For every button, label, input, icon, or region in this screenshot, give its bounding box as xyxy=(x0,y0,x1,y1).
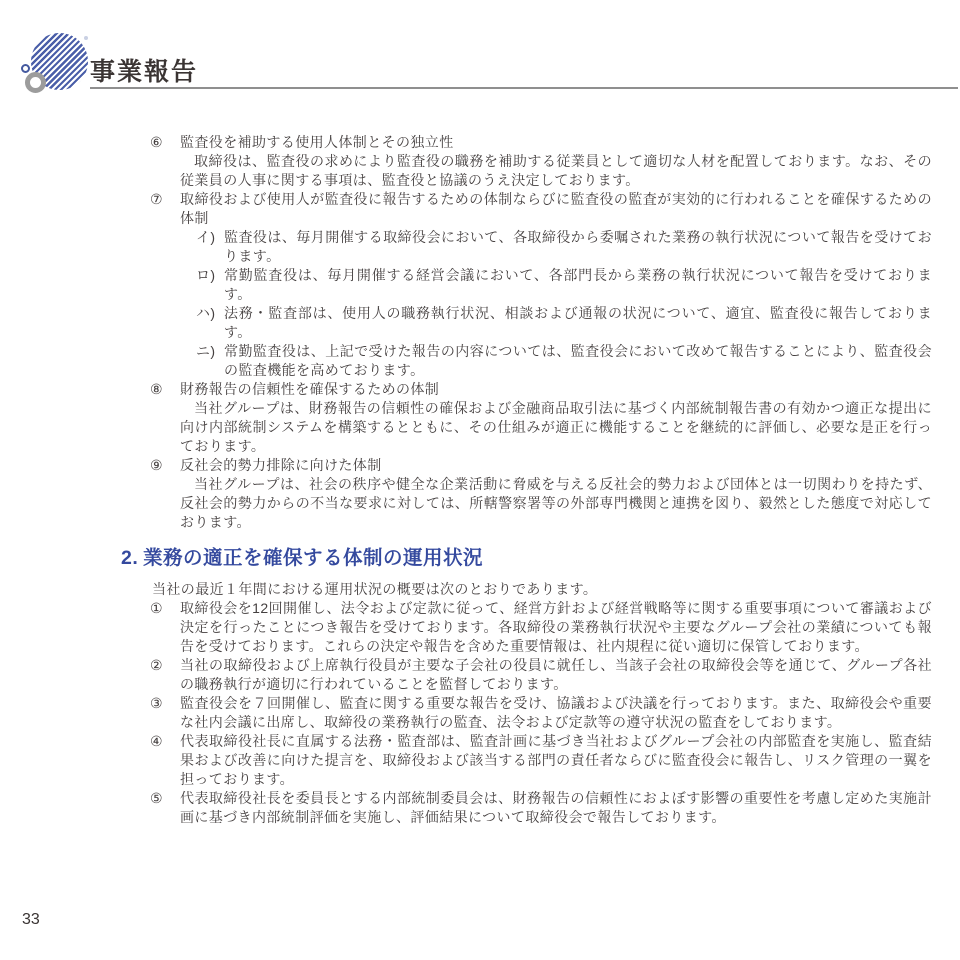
list-item: ④ 代表取締役社長に直属する法務・監査部は、監査計画に基づき当社およびグループ会… xyxy=(150,732,932,789)
item-text: 取締役会を12回開催し、法令および定款に従って、経営方針および経営戦略等に関する… xyxy=(180,599,932,656)
item-marker: ③ xyxy=(150,694,180,732)
page-number: 33 xyxy=(22,911,40,929)
item-paragraph: 取締役は、監査役の求めにより監査役の職務を補助する従業員として適切な人材を配置し… xyxy=(180,152,932,190)
item-marker: ⑦ xyxy=(150,190,180,380)
item-paragraph: 当社グループは、財務報告の信頼性の確保および金融商品取引法に基づく内部統制報告書… xyxy=(180,399,932,456)
item-marker: ⑧ xyxy=(150,380,180,456)
sub-item-marker: ロ) xyxy=(196,266,224,304)
document-body: ⑥ 監査役を補助する使用人体制とその独立性 取締役は、監査役の求めにより監査役の… xyxy=(150,133,932,827)
item-marker: ② xyxy=(150,656,180,694)
intro-text: 当社の最近１年間における運用状況の概要は次のとおりであります。 xyxy=(152,580,932,599)
sub-item-marker: ハ) xyxy=(196,304,224,342)
item-title: 監査役を補助する使用人体制とその独立性 xyxy=(180,133,932,152)
item-marker: ⑤ xyxy=(150,789,180,827)
section-title: 業務の適正を確保する体制の運用状況 xyxy=(143,547,483,570)
list-item: ③ 監査役会を７回開催し、監査に関する重要な報告を受け、協議および決議を行ってお… xyxy=(150,694,932,732)
sub-item-text: 監査役は、毎月開催する取締役会において、各取締役から委嘱された業務の執行状況につ… xyxy=(224,228,932,266)
item-marker: ① xyxy=(150,599,180,656)
list-item: ⑦ 取締役および使用人が監査役に報告するための体制ならびに監査役の監査が実効的に… xyxy=(150,190,932,380)
item-text: 代表取締役社長を委員長とする内部統制委員会は、財務報告の信頼性におよぼす影響の重… xyxy=(180,789,932,827)
sub-item-marker: イ) xyxy=(196,228,224,266)
item-text: 監査役会を７回開催し、監査に関する重要な報告を受け、協議および決議を行っておりま… xyxy=(180,694,932,732)
item-paragraph: 当社グループは、社会の秩序や健全な企業活動に脅威を与える反社会的勢力および団体と… xyxy=(180,475,932,532)
section-heading: 2. 業務の適正を確保する体制の運用状況 xyxy=(121,547,932,570)
sub-item-text: 常勤監査役は、上記で受けた報告の内容については、監査役会において改めて報告するこ… xyxy=(224,342,932,380)
item-title: 取締役および使用人が監査役に報告するための体制ならびに監査役の監査が実効的に行わ… xyxy=(180,190,932,228)
item-text: 当社の取締役および上席執行役員が主要な子会社の役員に就任し、当該子会社の取締役会… xyxy=(180,656,932,694)
gray-ring-icon xyxy=(25,72,46,93)
sub-item-marker: ニ) xyxy=(196,342,224,380)
sub-list-item: イ) 監査役は、毎月開催する取締役会において、各取締役から委嘱された業務の執行状… xyxy=(196,228,932,266)
sub-list-item: ロ) 常勤監査役は、毎月開催する経営会議において、各部門長から業務の執行状況につ… xyxy=(196,266,932,304)
header-rule xyxy=(90,87,958,89)
item-marker: ⑥ xyxy=(150,133,180,190)
list-item: ① 取締役会を12回開催し、法令および定款に従って、経営方針および経営戦略等に関… xyxy=(150,599,932,656)
sub-item-text: 常勤監査役は、毎月開催する経営会議において、各部門長から業務の執行状況について報… xyxy=(224,266,932,304)
item-marker: ⑨ xyxy=(150,456,180,532)
page-title: 事業報告 xyxy=(90,52,198,88)
item-title: 財務報告の信頼性を確保するための体制 xyxy=(180,380,932,399)
section-number: 2. xyxy=(121,547,143,570)
item-text: 代表取締役社長に直属する法務・監査部は、監査計画に基づき当社およびグループ会社の… xyxy=(180,732,932,789)
list-item: ⑥ 監査役を補助する使用人体制とその独立性 取締役は、監査役の求めにより監査役の… xyxy=(150,133,932,190)
small-blue-ring-icon xyxy=(21,64,30,73)
sub-item-text: 法務・監査部は、使用人の職務執行状況、相談および通報の状況について、適宜、監査役… xyxy=(224,304,932,342)
logo-dot-icon xyxy=(84,36,88,40)
sub-list-item: ハ) 法務・監査部は、使用人の職務執行状況、相談および通報の状況について、適宜、… xyxy=(196,304,932,342)
item-title: 反社会的勢力排除に向けた体制 xyxy=(180,456,932,475)
sub-list-item: ニ) 常勤監査役は、上記で受けた報告の内容については、監査役会において改めて報告… xyxy=(196,342,932,380)
item-marker: ④ xyxy=(150,732,180,789)
list-item: ⑨ 反社会的勢力排除に向けた体制 当社グループは、社会の秩序や健全な企業活動に脅… xyxy=(150,456,932,532)
list-item: ⑤ 代表取締役社長を委員長とする内部統制委員会は、財務報告の信頼性におよぼす影響… xyxy=(150,789,932,827)
list-item: ⑧ 財務報告の信頼性を確保するための体制 当社グループは、財務報告の信頼性の確保… xyxy=(150,380,932,456)
list-item: ② 当社の取締役および上席執行役員が主要な子会社の役員に就任し、当該子会社の取締… xyxy=(150,656,932,694)
